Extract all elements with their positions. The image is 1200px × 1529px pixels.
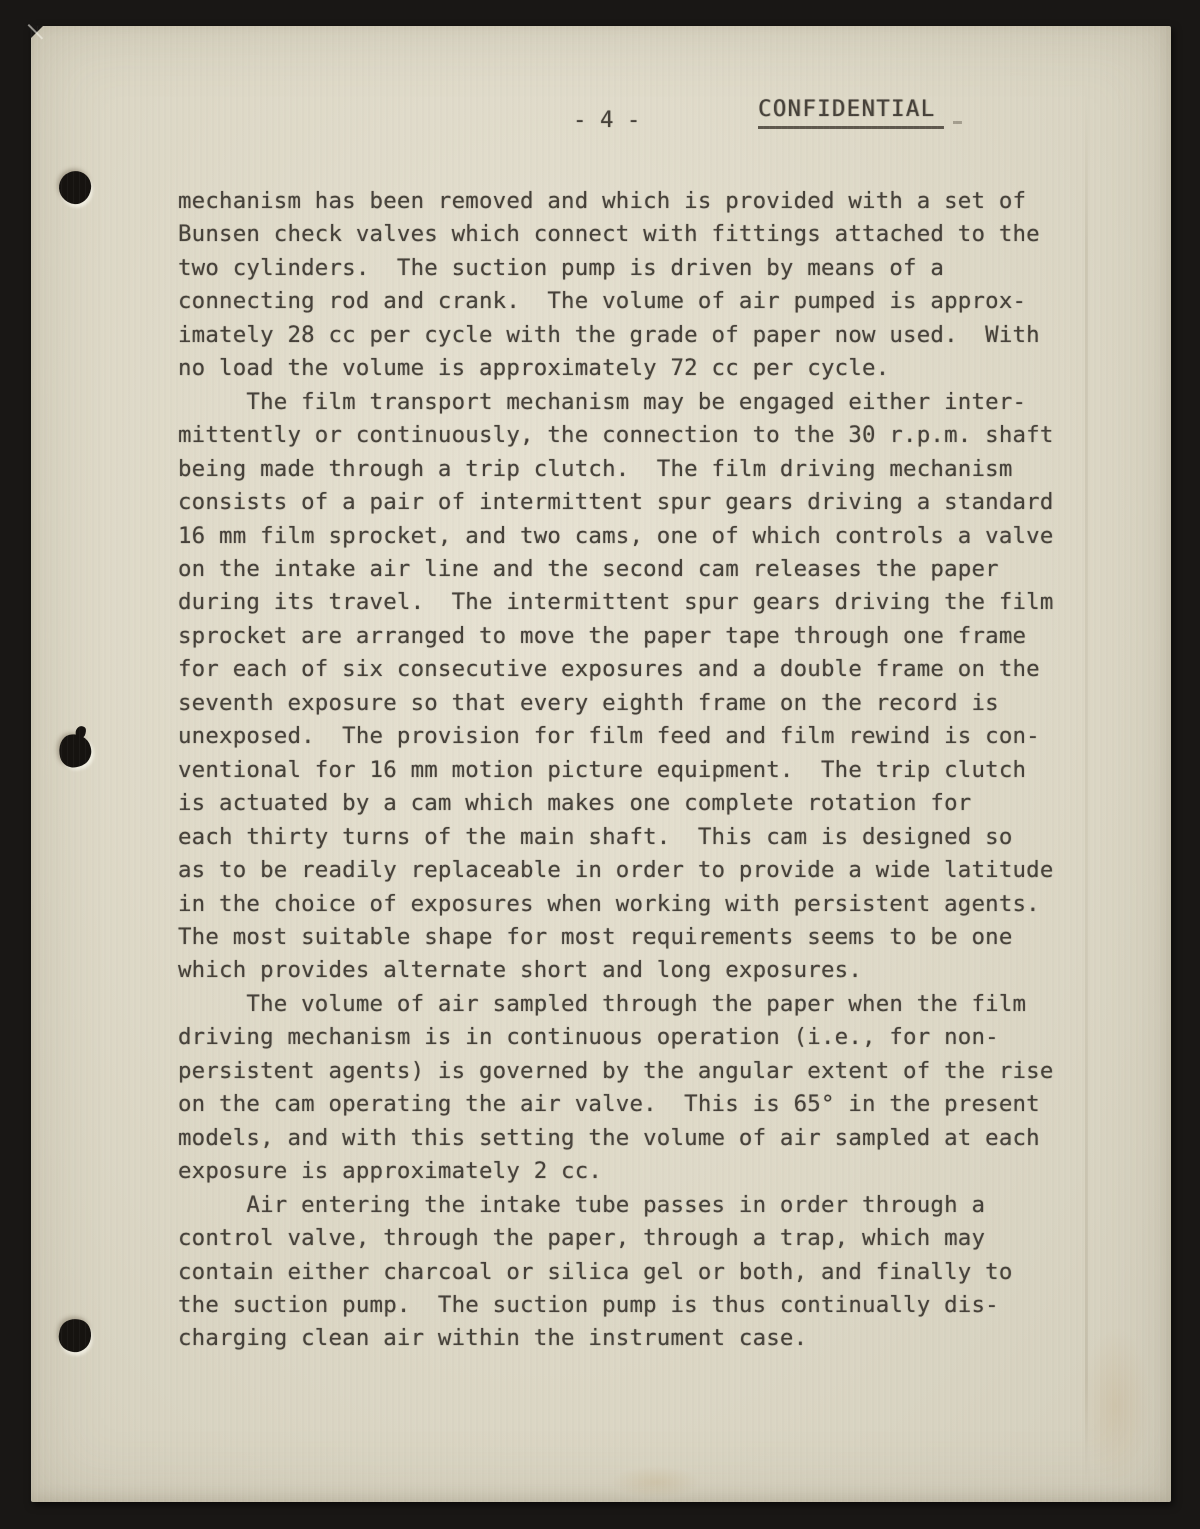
scan-background: - 4 - CONFIDENTIAL mechanism has been re… <box>0 0 1200 1529</box>
text-line: models, and with this setting the volume… <box>178 1122 1054 1155</box>
paper-crease <box>1085 81 1088 1491</box>
text-line: for each of six consecutive exposures an… <box>178 653 1054 686</box>
text-line: on the intake air line and the second ca… <box>178 553 1054 586</box>
text-line: connecting rod and crank. The volume of … <box>178 285 1054 318</box>
document-page: - 4 - CONFIDENTIAL mechanism has been re… <box>31 26 1171 1502</box>
text-line: mechanism has been removed and which is … <box>178 185 1054 218</box>
text-line: persistent agents) is governed by the an… <box>178 1055 1054 1088</box>
text-line: control valve, through the paper, throug… <box>178 1222 1054 1255</box>
text-line: consists of a pair of intermittent spur … <box>178 486 1054 519</box>
text-line: two cylinders. The suction pump is drive… <box>178 252 1054 285</box>
punch-hole <box>55 731 94 771</box>
corner-fold <box>30 25 44 39</box>
text-line: contain either charcoal or silica gel or… <box>178 1256 1054 1289</box>
text-line: charging clean air within the instrument… <box>178 1322 1054 1355</box>
text-line: driving mechanism is in continuous opera… <box>178 1021 1054 1054</box>
text-line: exposure is approximately 2 cc. <box>178 1155 1054 1188</box>
text-line: on the cam operating the air valve. This… <box>178 1088 1054 1121</box>
punch-hole <box>57 169 93 206</box>
text-line: mittently or continuously, the connectio… <box>178 419 1054 452</box>
text-line: the suction pump. The suction pump is th… <box>178 1289 1054 1322</box>
text-line: in the choice of exposures when working … <box>178 888 1054 921</box>
text-line: 16 mm film sprocket, and two cams, one o… <box>178 520 1054 553</box>
text-line: Bunsen check valves which connect with f… <box>178 218 1054 251</box>
document-body: mechanism has been removed and which is … <box>178 185 1054 1356</box>
text-line: The most suitable shape for most require… <box>178 921 1054 954</box>
text-line: ventional for 16 mm motion picture equip… <box>178 754 1054 787</box>
punch-hole <box>56 1316 94 1355</box>
text-line: The film transport mechanism may be enga… <box>178 386 1054 419</box>
text-line: no load the volume is approximately 72 c… <box>178 352 1054 385</box>
paper-stain <box>611 1466 701 1498</box>
text-line: during its travel. The intermittent spur… <box>178 586 1054 619</box>
text-line: is actuated by a cam which makes one com… <box>178 787 1054 820</box>
text-line: being made through a trip clutch. The fi… <box>178 453 1054 486</box>
text-line: each thirty turns of the main shaft. Thi… <box>178 821 1054 854</box>
text-line: The volume of air sampled through the pa… <box>178 988 1054 1021</box>
text-line: imately 28 cc per cycle with the grade o… <box>178 319 1054 352</box>
text-line: which provides alternate short and long … <box>178 954 1054 987</box>
text-line: as to be readily replaceable in order to… <box>178 854 1054 887</box>
text-line: Air entering the intake tube passes in o… <box>178 1189 1054 1222</box>
text-line: seventh exposure so that every eighth fr… <box>178 687 1054 720</box>
text-line: sprocket are arranged to move the paper … <box>178 620 1054 653</box>
paper-stain <box>1081 1326 1151 1486</box>
confidential-stamp: CONFIDENTIAL <box>758 97 944 129</box>
text-line: unexposed. The provision for film feed a… <box>178 720 1054 753</box>
page-number: - 4 - <box>573 108 640 132</box>
